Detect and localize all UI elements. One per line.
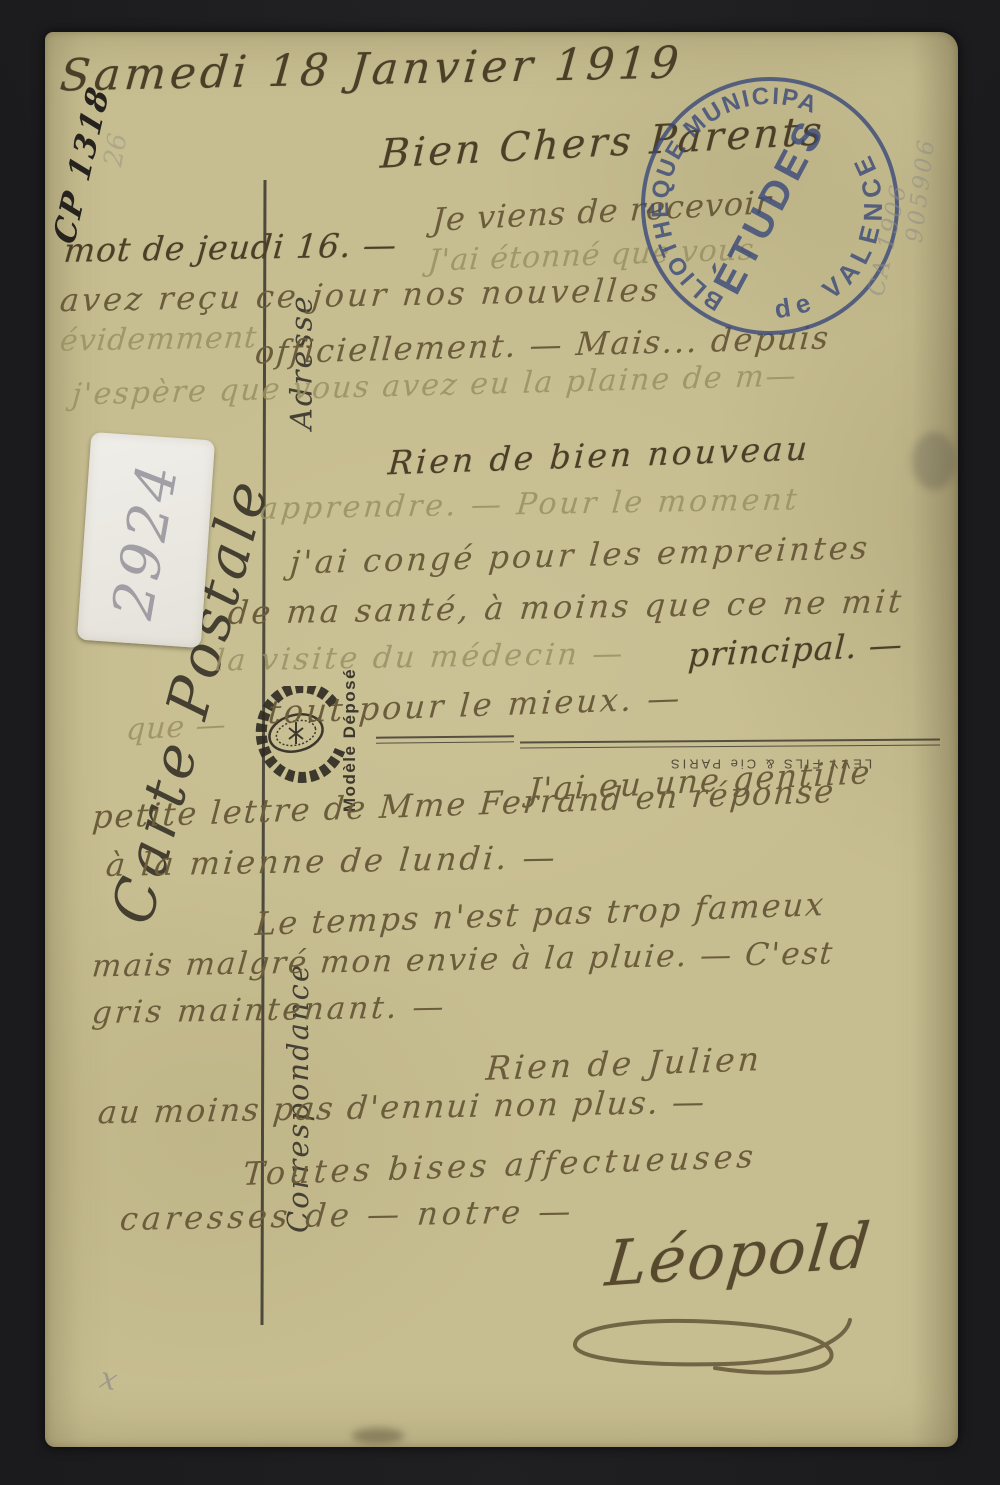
inventory-label: 2924 <box>77 432 215 648</box>
handwritten-line: que — <box>125 707 228 747</box>
pencil-note-small: 26 <box>98 131 133 169</box>
handwritten-line: évidemment <box>58 320 258 359</box>
edge-smudge-right <box>912 432 956 490</box>
handwritten-line: gris maintenant. — <box>90 989 448 1031</box>
handwritten-line: mot de jeudi 16. — <box>62 225 399 270</box>
inventory-number: 2924 <box>100 456 192 623</box>
printed-rule-left <box>376 735 514 743</box>
library-stamp: BIBLIOTHÈQUE MUNICIPALE de VALENCE ÉTUDE… <box>630 66 910 346</box>
handwritten-line: caresses de — notre — <box>118 1192 576 1238</box>
stamp-center-text: ÉTUDES <box>705 110 835 301</box>
edge-smudge-bottom <box>352 1428 404 1444</box>
handwritten-line: la visite du médecin — <box>213 636 626 678</box>
handwritten-line: à la mienne de lundi. — <box>104 838 559 884</box>
signature-flourish <box>545 1302 885 1397</box>
